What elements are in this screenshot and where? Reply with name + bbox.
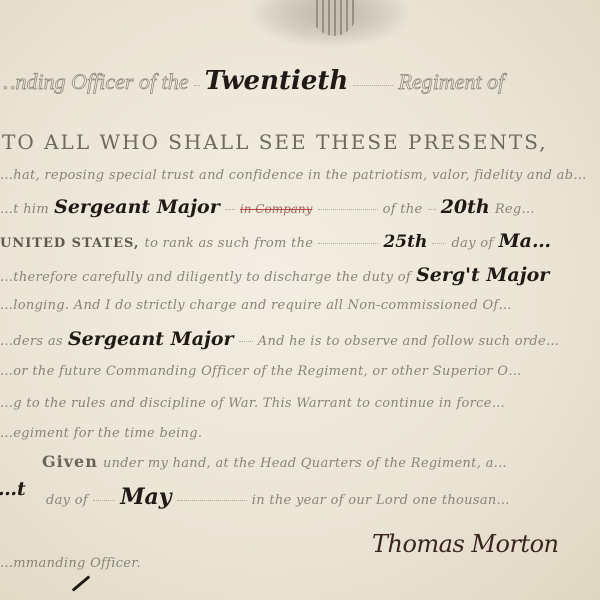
printed-text: …nding Officer of the xyxy=(0,69,188,94)
struck-out-text: in Company xyxy=(240,202,313,216)
pen-stroke xyxy=(72,575,91,591)
handwritten-month-may: May xyxy=(120,484,171,510)
line-reposing-trust: …hat, reposing special trust and confide… xyxy=(0,168,587,183)
heading-to-all: TO ALL WHO SHALL SEE THESE PRESENTS, xyxy=(2,130,548,154)
line-commanding-officer: …nding Officer of the Twentieth Regiment… xyxy=(0,66,504,96)
line-commanding-officer-label: …mmanding Officer. xyxy=(0,556,141,571)
line-united-states: UNITED STATES, to rank as such from the … xyxy=(0,230,551,252)
line-rank-appointment: …t him Sergeant Major in Company of the … xyxy=(0,196,535,218)
handwritten-duty: Serg't Major xyxy=(416,264,549,286)
line-charge-require: …longing. And I do strictly charge and r… xyxy=(0,298,512,313)
line-discharge-duty: …therefore carefully and diligently to d… xyxy=(0,264,549,286)
line-day-of-may: day of May in the year of our Lord one t… xyxy=(46,484,510,510)
handwritten-rank: Sergeant Major xyxy=(54,196,220,218)
line-rules-discipline: …g to the rules and discipline of War. T… xyxy=(0,396,505,411)
signature-thomas-morton: Thomas Morton xyxy=(372,530,558,558)
line-time-being: …egiment for the time being. xyxy=(0,426,202,441)
handwritten-day: 25th xyxy=(383,232,427,252)
handwritten-regiment-name: Twentieth xyxy=(205,66,349,96)
handwritten-rank-2: Sergeant Major xyxy=(68,328,234,350)
line-orders-as: …ders as Sergeant Major And he is to obs… xyxy=(0,328,559,350)
handwritten-month: Ma… xyxy=(499,230,551,252)
printed-text: Regiment of xyxy=(399,69,505,94)
line-future-commanding: …or the future Commanding Officer of the… xyxy=(0,364,522,379)
line-given-under-hand: Given under my hand, at the Head Quarter… xyxy=(42,452,507,471)
handwritten-fragment: …t xyxy=(0,478,26,500)
handwritten-regiment-number: 20th xyxy=(441,196,490,218)
warrant-document: …nding Officer of the Twentieth Regiment… xyxy=(0,0,600,600)
